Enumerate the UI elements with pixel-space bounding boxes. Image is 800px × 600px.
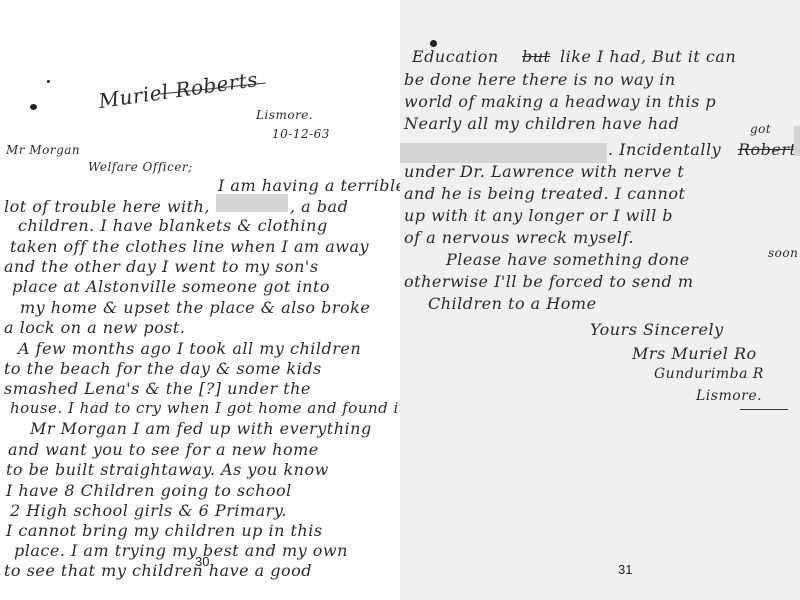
redaction-box (400, 143, 607, 163)
letter-line: under Dr. Lawrence with nerve t (404, 162, 684, 181)
insertion-word: got (750, 122, 771, 136)
letter-line: Education (412, 47, 499, 66)
letter-line: Mr Morgan I am fed up with everything (30, 419, 372, 438)
salutation-name: Mr Morgan (6, 143, 80, 157)
salutation-title: Welfare Officer; (88, 160, 193, 174)
letter-line: children. I have blankets & clothing (18, 216, 328, 235)
redaction-box-edge (794, 126, 800, 156)
letter-page-30: Muriel Roberts Lismore. 10-12-63 Mr Morg… (0, 0, 400, 600)
insertion-word: soon (768, 246, 798, 260)
letter-line: and want you to see for a new home (8, 440, 319, 459)
letter-line: up with it any longer or I will b (404, 206, 673, 225)
letter-line: Please have something done (446, 250, 690, 269)
letter-line: I cannot bring my children up in this (6, 521, 323, 540)
letter-line: house. I had to cry when I got home and … (10, 399, 400, 417)
letter-line: my home & upset the place & also broke (20, 298, 370, 317)
ink-dot (47, 80, 50, 83)
letter-line: place. I am trying my best and my own (14, 541, 348, 560)
letterhead-signature: Muriel Roberts (97, 67, 259, 113)
letter-line: to the beach for the day & some kids (4, 359, 322, 378)
struck-word: but (522, 47, 550, 66)
letter-line: otherwise I'll be forced to send m (404, 272, 694, 291)
letter-line: taken off the clothes line when I am awa… (10, 237, 369, 256)
letter-date: 10-12-63 (272, 127, 330, 141)
ink-blot (30, 104, 37, 110)
ink-blot (430, 40, 437, 47)
letter-page-31: Education but like I had, But it can be … (400, 0, 800, 600)
letter-line: of a nervous wreck myself. (404, 228, 634, 247)
letter-line: lot of trouble here with, (4, 197, 210, 216)
letter-line: a lock on a new post. (4, 318, 185, 337)
letter-line: to see that my children have a good (4, 561, 312, 580)
valediction: Yours Sincerely (590, 320, 724, 339)
letter-line: smashed Lena's & the [?] under the (4, 379, 311, 398)
struck-word: Robert (738, 140, 796, 159)
page-number: 31 (618, 562, 632, 577)
letter-place: Lismore. (256, 108, 313, 122)
letter-line: world of making a headway in this p (404, 92, 716, 111)
letter-line: to be built straightaway. As you know (6, 460, 329, 479)
letter-line: 2 High school girls & 6 Primary. (10, 501, 287, 520)
letter-line: and the other day I went to my son's (4, 257, 319, 276)
page-number: 30 (195, 554, 209, 569)
address-street: Gundurimba R (654, 366, 764, 382)
signature-name: Mrs Muriel Ro (632, 344, 757, 363)
closing-underline (740, 409, 788, 410)
redaction-box (216, 194, 288, 212)
letter-line: be done here there is no way in (404, 70, 676, 89)
letter-line: place at Alstonville someone got into (12, 277, 330, 296)
letter-line: Children to a Home (428, 294, 597, 313)
letter-line: . Incidentally (608, 140, 721, 159)
letter-line: A few months ago I took all my children (18, 339, 361, 358)
letter-line: and he is being treated. I cannot (404, 184, 685, 203)
letter-line: I am having a terrible (218, 176, 400, 195)
letter-line: , a bad (290, 197, 348, 216)
letter-line: Nearly all my children have had (404, 114, 679, 133)
address-town: Lismore. (696, 388, 762, 404)
letter-line: I have 8 Children going to school (6, 481, 292, 500)
letter-line: like I had, But it can (560, 47, 736, 66)
